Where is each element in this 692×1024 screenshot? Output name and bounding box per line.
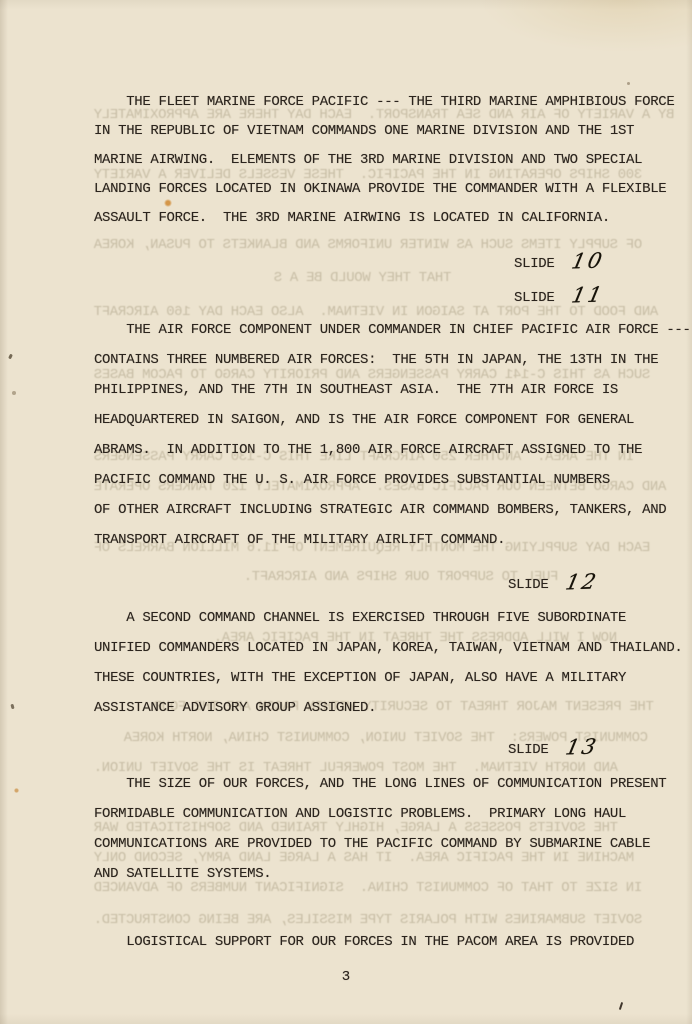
slide-cue-12: SLIDE 12 [508,570,597,600]
slide-number-handwritten: 10 [568,247,606,275]
slide-cue-13: SLIDE 13 [508,735,597,765]
slide-number-handwritten: 11 [568,281,606,309]
slide-cue-10: SLIDE 10 [514,249,603,279]
slide-cue-11: SLIDE 11 [514,283,603,313]
paper-speck [627,82,630,85]
slide-cue-label: SLIDE [514,249,555,279]
slide-number-handwritten: 13 [562,733,600,761]
paragraph-air-force-component: THE AIR FORCE COMPONENT UNDER COMMANDER … [94,315,682,555]
pen-mark [619,1002,623,1010]
slide-cue-label: SLIDE [508,570,549,600]
paper-speck [8,354,13,360]
paragraph-logistical-support: LOGISTICAL SUPPORT FOR OUR FORCES IN THE… [94,927,682,957]
slide-cue-label: SLIDE [508,735,549,765]
slide-cue-label: SLIDE [514,283,555,313]
page-number: 3 [0,962,692,992]
paper-stain [14,788,19,793]
paragraph-fleet-marine-force: THE FLEET MARINE FORCE PACIFIC --- THE T… [94,88,682,233]
paragraph-size-of-forces: THE SIZE OF OUR FORCES, AND THE LONG LIN… [94,769,682,889]
slide-number-handwritten: 12 [562,568,600,596]
paper-speck [10,704,14,710]
scanned-document-page: BY A VARIETY OF AIR AND SEA TRANSPORT. E… [0,0,692,1024]
paragraph-second-command-channel: A SECOND COMMAND CHANNEL IS EXERCISED TH… [94,603,682,723]
paper-speck [12,391,16,395]
